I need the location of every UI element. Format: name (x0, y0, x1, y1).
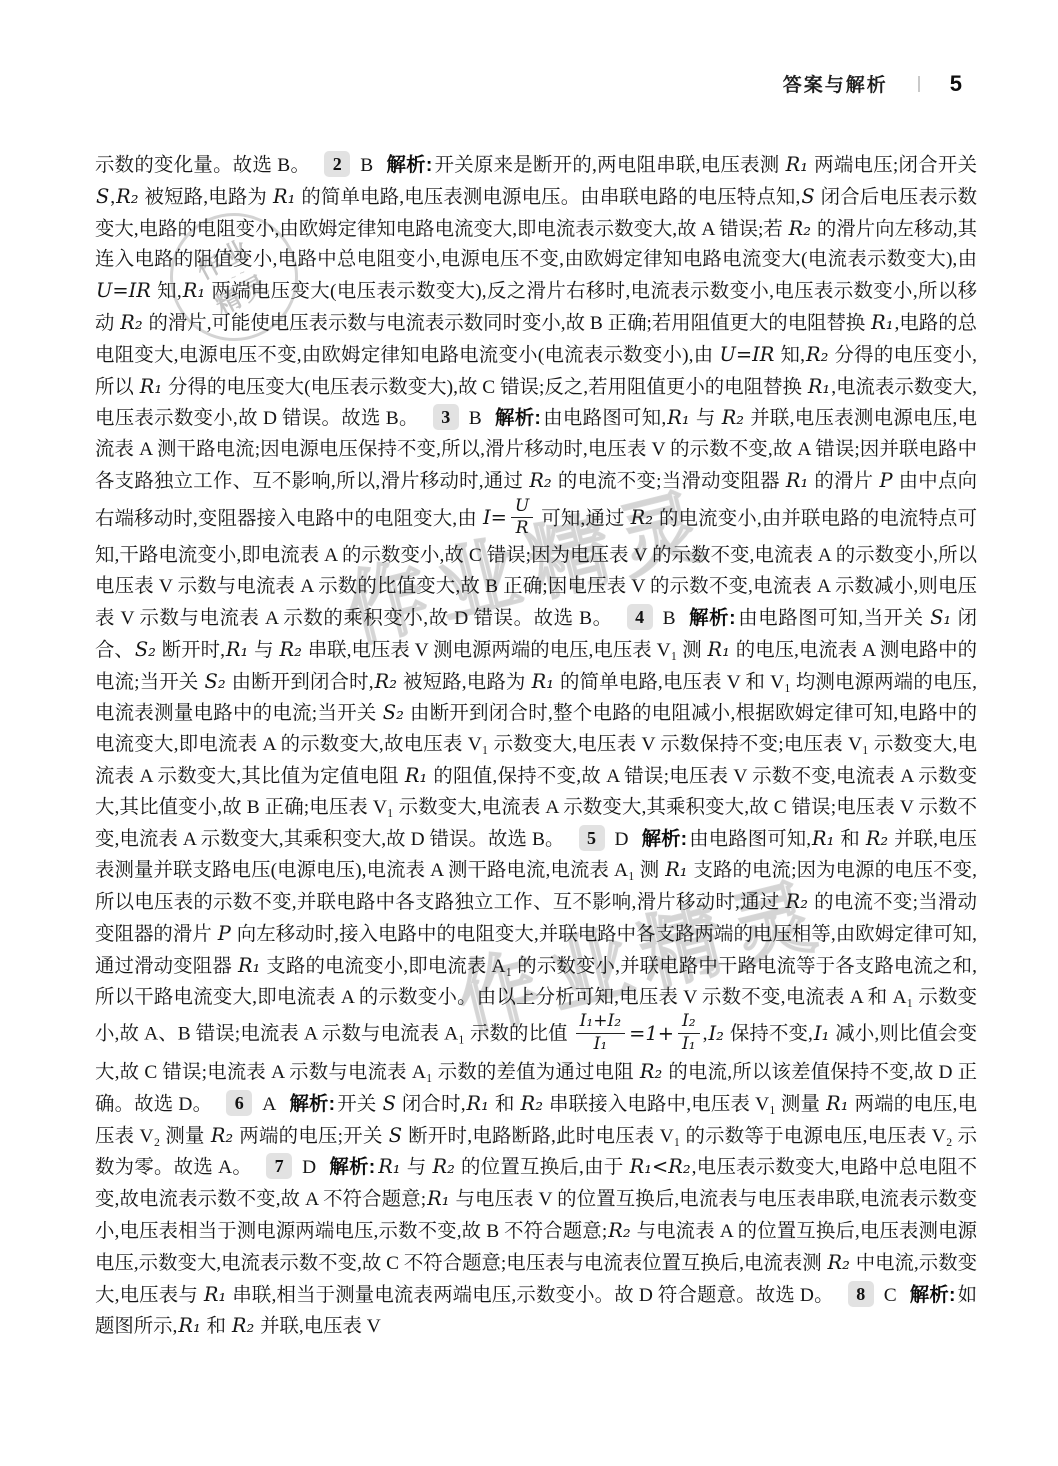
math-variable: R₂ (432, 1155, 456, 1178)
question-number-badge: 7 (266, 1153, 292, 1179)
math-variable: R₂ (115, 185, 139, 208)
math-variable: R₂ (210, 1124, 234, 1147)
text-run: 被短路,电路为 (140, 187, 272, 208)
math-variable: P (878, 469, 893, 492)
analysis-label: 解析: (495, 407, 541, 429)
math-variable: S (388, 1124, 403, 1147)
question-number-badge: 2 (324, 151, 350, 177)
math-variable: R₂ (278, 638, 302, 661)
fraction: I₂I₁ (678, 1011, 700, 1055)
text-run: 和 (490, 1094, 520, 1115)
math-variable: R₁ (825, 1092, 849, 1115)
question-number-badge: 5 (579, 825, 605, 851)
answer-letter: D (615, 829, 629, 850)
math-variable: R₂ (231, 1314, 255, 1337)
math-variable: S₂ (204, 670, 227, 693)
math-variable: R₁ (225, 638, 249, 661)
text-run: 与 (691, 408, 721, 429)
analysis-label: 解析: (689, 607, 736, 629)
analysis-label: 解析: (910, 1284, 956, 1306)
page-number: 5 (950, 71, 962, 97)
fraction-numerator: I₁+I₂ (576, 1011, 625, 1033)
answers-paragraph: 示数的变化量。故选 B。2B解析:开关原来是断开的,两电阻串联,电压表测 R₁ … (95, 150, 977, 1343)
math-variable: S (382, 1092, 397, 1115)
text-run: 由电路图可知,当开关 (738, 608, 929, 629)
math-variable: S₁ (929, 606, 952, 629)
text-run: 开关原来是断开的,两电阻串联,电压表测 (434, 155, 784, 176)
math-variable: R₁ (807, 375, 831, 398)
question-number-badge: 4 (627, 604, 653, 630)
text-run: 可知,通过 (536, 508, 629, 529)
math-variable: R₁ (870, 311, 894, 334)
math-variable: R₁ (237, 954, 261, 977)
math-variable: I= (482, 506, 508, 529)
page-header: 答案与解析 5 (783, 70, 962, 97)
answer-letter: A (262, 1094, 276, 1115)
fraction-denominator: I₁ (678, 1034, 700, 1055)
math-variable: R₂ (119, 311, 143, 334)
math-variable: R₂ (788, 217, 812, 240)
math-variable: R₂ (865, 827, 889, 850)
math-variable: R₂ (607, 1219, 631, 1242)
math-variable: R₁ (272, 185, 296, 208)
math-variable: S₂ (134, 638, 157, 661)
header-divider (918, 76, 920, 92)
math-variable: R₁ (139, 375, 163, 398)
text-run: 由电路图可知, (543, 408, 666, 429)
text-run: 闭合时, (397, 1094, 466, 1115)
text-run: 开关 (337, 1094, 381, 1115)
text-run: 两端的电压;开关 (234, 1126, 388, 1147)
header-title: 答案与解析 (783, 70, 888, 97)
answer-letter: B (469, 408, 482, 429)
text-run: 被短路,电路为 (398, 672, 531, 693)
text-run: 并联,电压表 V (255, 1316, 381, 1337)
math-variable: U=IR (719, 343, 776, 366)
math-variable: S₂ (382, 701, 405, 724)
text-run: 断开时, (157, 640, 225, 661)
text-run: 的简单电路,电压表测电源电压。由串联电路的电压特点知, (296, 187, 800, 208)
math-variable: R₁ (666, 406, 690, 429)
math-variable: R₂ (785, 890, 809, 913)
math-variable: R₁ (203, 1283, 227, 1306)
fraction: I₁+I₂I₁ (576, 1011, 625, 1055)
text-run: 的位置互换后,由于 (456, 1157, 629, 1178)
math-variable: =1+ (628, 1022, 675, 1045)
fraction-numerator: I₂ (678, 1011, 700, 1033)
math-variable: U=IR (95, 279, 152, 302)
answer-letter: B (360, 155, 373, 176)
math-variable: R₁ (811, 827, 835, 850)
answer-letter: C (884, 1285, 897, 1306)
answer-key-page: 答案与解析 5 作业 ~ ~ ~ 精灵 作业精灵 作业精灵 示数的变化量。故选 … (0, 0, 1058, 1466)
text-run: 串联,电压表 V 测电源两端的电压,电压表 V₁ 测 (303, 640, 707, 661)
math-variable: S (800, 185, 815, 208)
math-variable: R₁ (182, 279, 206, 302)
fraction: UR (511, 496, 533, 540)
fraction-numerator: U (511, 496, 533, 518)
math-variable: R₂ (374, 670, 398, 693)
answer-letter: B (663, 608, 676, 629)
analysis-label: 解析: (386, 154, 432, 176)
fraction-denominator: R (511, 518, 533, 539)
text-run: 保持不变, (725, 1024, 813, 1045)
text-run: 的滑片 (809, 471, 878, 492)
question-number-badge: 6 (226, 1090, 252, 1116)
math-variable: R₁ (785, 153, 809, 176)
math-variable: R₂ (639, 1060, 663, 1083)
math-variable: R₁<R₂ (629, 1155, 692, 1178)
math-variable: R₂ (721, 406, 745, 429)
math-variable: R₁ (426, 1187, 450, 1210)
fraction-denominator: I₁ (576, 1034, 625, 1055)
math-variable: P (217, 922, 232, 945)
text-run: 串联,相当于测量电流表两端电压,示数变小。故 D 符合题意。故选 D。 (227, 1285, 833, 1306)
math-variable: R₁ (377, 1155, 401, 1178)
question-number-badge: 3 (433, 404, 459, 430)
text-run: 的滑片,可能使电压表示数与电流表示数同时变小,故 B 正确;若用阻值更大的电阻替… (144, 313, 871, 334)
text-run: 的电流不变;当滑动变阻器 (553, 471, 785, 492)
text-run: 和 (202, 1316, 231, 1337)
math-variable: R₁ (531, 670, 555, 693)
math-variable: R₂ (805, 343, 829, 366)
text-run: 串联接入电路中,电压表 V₁ 测量 (544, 1094, 825, 1115)
math-variable: R₁ (785, 469, 809, 492)
answer-letter: D (302, 1157, 316, 1178)
math-variable: R₁ (404, 764, 428, 787)
math-variable: R₁ (177, 1314, 201, 1337)
text-run: 和 (835, 829, 864, 850)
analysis-label: 解析: (642, 828, 688, 850)
math-variable: R₂ (528, 469, 552, 492)
text-run: 知, (775, 345, 805, 366)
math-variable: R₁ (707, 638, 731, 661)
math-variable: R₁ (466, 1092, 490, 1115)
text-run: 分得的电压变大(电压表示数变大),故 C 错误;反之,若用阻值更小的电阻替换 (163, 377, 807, 398)
analysis-label: 解析: (329, 1156, 375, 1178)
text-run: 由电路图可知, (689, 829, 811, 850)
text-run: 由断开到闭合时, (227, 672, 374, 693)
math-variable: R₂ (826, 1251, 850, 1274)
text-run: 两端电压;闭合开关 (809, 155, 977, 176)
math-variable: I₁ (813, 1022, 830, 1045)
question-number-badge: 8 (848, 1281, 874, 1307)
math-variable: R₂ (520, 1092, 544, 1115)
math-variable: I₂ (707, 1022, 724, 1045)
text-run: 知, (152, 281, 182, 302)
text-run: 与 (249, 640, 278, 661)
math-variable: R₁ (664, 858, 688, 881)
text-run: 与 (402, 1157, 432, 1178)
math-variable: S (95, 185, 110, 208)
math-variable: R₂ (630, 506, 654, 529)
text-run: 示数的变化量。故选 B。 (95, 155, 310, 176)
analysis-label: 解析: (289, 1093, 335, 1115)
